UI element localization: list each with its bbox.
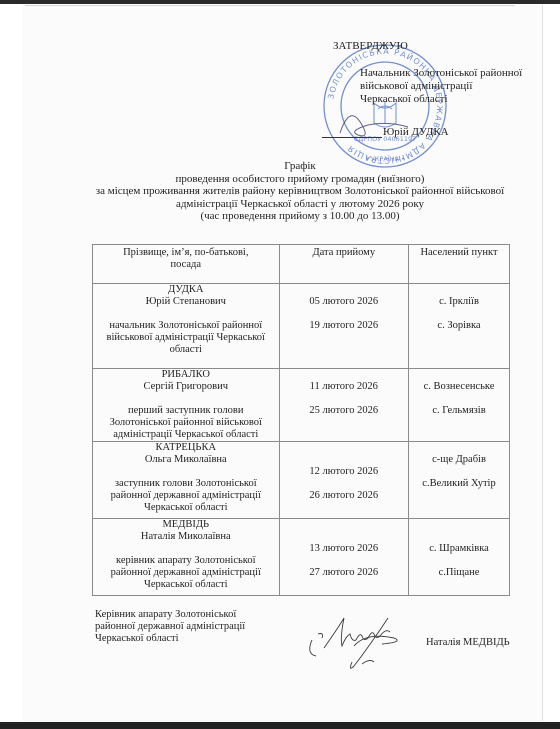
- official-position: заступник голови Золотоніської районної …: [93, 478, 279, 514]
- official-position: керівник апарату Золотоніської районної …: [93, 555, 279, 591]
- dates-cell: 05 лютого 2026 19 лютого 2026: [279, 284, 408, 369]
- official-surname: КАТРЕЦЬКА: [93, 442, 279, 454]
- signoff-position-line: Керівник апарату Золотоніської: [95, 609, 245, 621]
- official-stamp-icon: ЗОЛОТОНІСЬКА РАЙОННА ДЕРЖАВНА АДМІНІСТРА…: [322, 43, 448, 169]
- reception-date: 05 лютого 2026: [280, 296, 408, 308]
- signoff-position-line: районної державної адміністрації: [95, 621, 245, 633]
- table-row: ДУДКА Юрій Степанович начальник Золотоні…: [93, 284, 510, 369]
- reception-date: 13 лютого 2026: [280, 543, 408, 555]
- official-cell: КАТРЕЦЬКА Ольга Миколаївна заступник гол…: [93, 442, 280, 519]
- official-position: перший заступник голови Золотоніської ра…: [93, 405, 279, 441]
- approval-position-line: Черкаської області: [360, 93, 522, 106]
- settlement: с.Піщане: [409, 567, 509, 579]
- places-cell: с. Іркліїв с. Зорівка: [409, 284, 510, 369]
- approval-signature-line: [322, 137, 382, 138]
- approval-position-line: військової адміністрації: [360, 80, 522, 93]
- approval-position: Начальник Золотоніської районної військо…: [360, 67, 522, 106]
- settlement: с.Великий Хутір: [409, 478, 509, 490]
- title-heading: Графік: [60, 160, 540, 173]
- reception-schedule-table: Прізвище, ім’я, по-батькові, посада Дата…: [92, 244, 510, 596]
- official-position: начальник Золотоніської районної військо…: [93, 320, 279, 356]
- settlement: с. Іркліїв: [409, 296, 509, 308]
- title-line: за місцем проживання жителів району кері…: [60, 185, 540, 198]
- dates-cell: 12 лютого 2026 26 лютого 2026: [279, 442, 408, 519]
- reception-date: 27 лютого 2026: [280, 567, 408, 579]
- title-time-note: (час проведення прийому з 10.00 до 13.00…: [60, 210, 540, 223]
- reception-date: 19 лютого 2026: [280, 320, 408, 332]
- document-title: Графік проведення особистого прийому гро…: [60, 160, 540, 223]
- official-surname: РИБАЛКО: [93, 369, 279, 381]
- approval-position-line: Начальник Золотоніської районної: [360, 67, 522, 80]
- header-date: Дата прийому: [279, 245, 408, 284]
- official-cell: ДУДКА Юрій Степанович начальник Золотоні…: [93, 284, 280, 369]
- settlement: с. Зорівка: [409, 320, 509, 332]
- settlement: с. Шрамківка: [409, 543, 509, 555]
- reception-date: 26 лютого 2026: [280, 490, 408, 502]
- places-cell: с. Шрамківка с.Піщане: [409, 519, 510, 596]
- official-name: Юрій Степанович: [93, 296, 279, 308]
- page-top-edge: [25, 5, 515, 6]
- places-cell: с-ще Драбів с.Великий Хутір: [409, 442, 510, 519]
- official-cell: МЕДВІДЬ Наталія Миколаївна керівник апар…: [93, 519, 280, 596]
- reception-date: 12 лютого 2026: [280, 466, 408, 478]
- title-line: проведення особистого прийому громадян (…: [60, 173, 540, 186]
- official-name: Наталія Миколаївна: [93, 531, 279, 543]
- settlement: с. Вознесенське: [409, 381, 509, 393]
- table-header-row: Прізвище, ім’я, по-батькові, посада Дата…: [93, 245, 510, 284]
- table-row: МЕДВІДЬ Наталія Миколаївна керівник апар…: [93, 519, 510, 596]
- approval-heading: ЗАТВЕРДЖУЮ: [333, 40, 408, 53]
- scan-top-edge: [0, 0, 560, 4]
- official-cell: РИБАЛКО Сергій Григорович перший заступн…: [93, 369, 280, 442]
- dates-cell: 13 лютого 2026 27 лютого 2026: [279, 519, 408, 596]
- signoff-position-line: Черкаської області: [95, 633, 245, 645]
- header-settlement: Населений пункт: [409, 245, 510, 284]
- table-row: КАТРЕЦЬКА Ольга Миколаївна заступник гол…: [93, 442, 510, 519]
- official-name: Ольга Миколаївна: [93, 454, 279, 466]
- settlement: с-ще Драбів: [409, 454, 509, 466]
- header-name-position: Прізвище, ім’я, по-батькові, посада: [93, 245, 280, 284]
- handwritten-signature-icon: [302, 612, 412, 672]
- reception-date: 11 лютого 2026: [280, 381, 408, 393]
- settlement: с. Гельмязів: [409, 405, 509, 417]
- reception-date: 25 лютого 2026: [280, 405, 408, 417]
- signoff-name: Наталія МЕДВІДЬ: [426, 637, 510, 648]
- scan-bottom-edge: [0, 722, 560, 729]
- official-surname: ДУДКА: [93, 284, 279, 296]
- official-surname: МЕДВІДЬ: [93, 519, 279, 531]
- table-row: РИБАЛКО Сергій Григорович перший заступн…: [93, 369, 510, 442]
- places-cell: с. Вознесенське с. Гельмязів: [409, 369, 510, 442]
- official-name: Сергій Григорович: [93, 381, 279, 393]
- signoff-position: Керівник апарату Золотоніської районної …: [95, 609, 245, 645]
- approval-signer-name: Юрій ДУДКА: [383, 126, 449, 138]
- title-line: адміністрації Черкаської області у лютом…: [60, 198, 540, 211]
- dates-cell: 11 лютого 2026 25 лютого 2026: [279, 369, 408, 442]
